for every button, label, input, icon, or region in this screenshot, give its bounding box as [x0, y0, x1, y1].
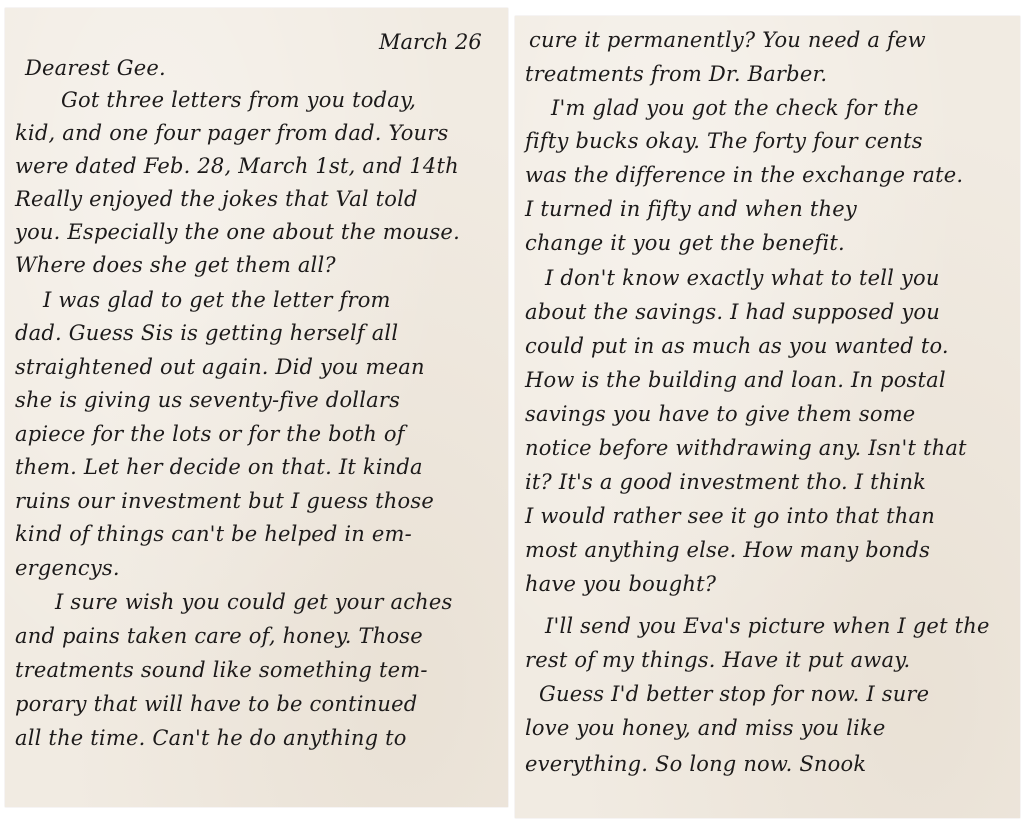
- letter-line: I would rather see it go into that than: [525, 504, 935, 528]
- letter-line: about the savings. I had supposed you: [525, 300, 940, 324]
- letter-line: Really enjoyed the jokes that Val told: [15, 187, 418, 211]
- letter-line: I turned in fifty and when they: [525, 197, 857, 221]
- letter-line: it? It's a good investment tho. I think: [525, 470, 926, 494]
- letter-line: I'll send you Eva's picture when I get t…: [545, 614, 990, 638]
- letter-line: I sure wish you could get your aches: [55, 590, 453, 614]
- letter-line: ruins our investment but I guess those: [15, 489, 434, 513]
- letter-line: notice before withdrawing any. Isn't tha…: [525, 436, 967, 460]
- letter-line: were dated Feb. 28, March 1st, and 14th: [15, 154, 459, 178]
- letter-line: I don't know exactly what to tell you: [545, 266, 940, 290]
- letter-line: savings you have to give them some: [525, 402, 915, 426]
- letter-line: Got three letters from you today,: [61, 88, 416, 112]
- letter-line: porary that will have to be continued: [15, 692, 417, 716]
- letter-line: Where does she get them all?: [15, 253, 336, 277]
- letter-line: I'm glad you got the check for the: [551, 96, 919, 120]
- letter-line: all the time. Can't he do anything to: [15, 726, 407, 750]
- letter-line: could put in as much as you wanted to.: [525, 334, 949, 358]
- letter-line: treatments sound like something tem-: [15, 658, 428, 682]
- salutation: Dearest Gee.: [25, 56, 166, 80]
- letter-line: ergencys.: [15, 556, 120, 580]
- letter-line: fifty bucks okay. The forty four cents: [525, 129, 923, 153]
- letter-line: How is the building and loan. In postal: [525, 368, 946, 392]
- letter-line: rest of my things. Have it put away.: [525, 648, 910, 672]
- letter-line: she is giving us seventy-five dollars: [15, 388, 400, 412]
- letter-page-left: March 26 Dearest Gee. Got three letters …: [5, 8, 508, 807]
- letter-line: cure it permanently? You need a few: [529, 28, 926, 52]
- letter-date: March 26: [379, 30, 482, 54]
- letter-line: kind of things can't be helped in em-: [15, 522, 412, 546]
- letter-line: straightened out again. Did you mean: [15, 355, 425, 379]
- letter-line: kid, and one four pager from dad. Yours: [15, 121, 449, 145]
- letter-line: love you honey, and miss you like: [525, 716, 886, 740]
- letter-line: change it you get the benefit.: [525, 231, 845, 255]
- letter-line: have you bought?: [525, 572, 716, 596]
- letter-line: and pains taken care of, honey. Those: [15, 624, 423, 648]
- letter-line: dad. Guess Sis is getting herself all: [15, 321, 398, 345]
- letter-line: treatments from Dr. Barber.: [525, 62, 827, 86]
- letter-line: apiece for the lots or for the both of: [15, 422, 405, 446]
- letter-line: Guess I'd better stop for now. I sure: [539, 682, 929, 706]
- letter-line: was the difference in the exchange rate.: [525, 163, 963, 187]
- letter-line: I was glad to get the letter from: [43, 288, 391, 312]
- closing-and-signature: everything. So long now. Snook: [525, 752, 866, 776]
- letter-line: most anything else. How many bonds: [525, 538, 930, 562]
- letter-line: them. Let her decide on that. It kinda: [15, 455, 423, 479]
- letter-line: you. Especially the one about the mouse.: [15, 220, 460, 244]
- letter-page-right: cure it permanently? You need a few trea…: [515, 16, 1020, 818]
